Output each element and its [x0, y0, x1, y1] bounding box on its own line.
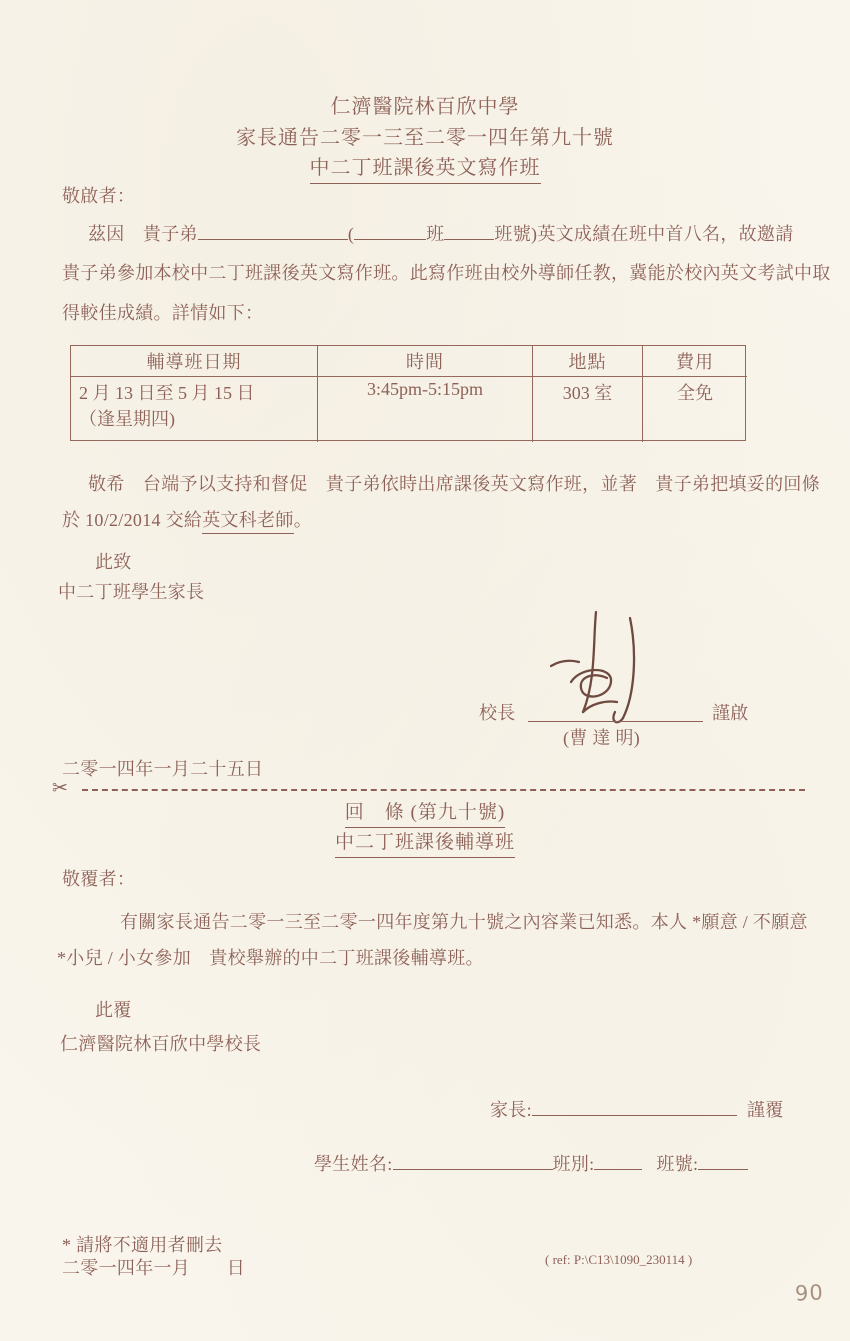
table-cell-venue: 303 室: [532, 377, 642, 442]
para1-seg4: 班號)英文成績在班中首八名，故邀請: [494, 224, 793, 244]
date-weekly: （逢星期四): [79, 405, 309, 431]
parent-signature-blank: [532, 1098, 737, 1116]
table-header-time: 時間: [317, 346, 532, 377]
parent-label: 家長:: [490, 1100, 532, 1120]
para2-line2-pre: 於 10/2/2014 交給: [62, 510, 202, 530]
reply-para-line2: *小兒 / 小女參加 貴校舉辦的中二丁班課後輔導班。: [57, 947, 484, 970]
para1-seg3: 班: [426, 224, 444, 244]
date-range: 2 月 13 日至 5 月 15 日: [79, 379, 309, 405]
para2-line1: 敬希 台端予以支持和督促 貴子弟依時出席課後英文寫作班，並著 貴子弟把填妥的回條: [88, 473, 820, 496]
reply-para-line1: 有關家長通告二零一三至二零一四年度第九十號之內容業已知悉。本人 *願意 / 不願…: [120, 911, 808, 934]
para1-line1: 茲因 貴子弟(班班號)英文成績在班中首八名，故邀請: [88, 222, 794, 246]
reply-salutation: 敬覆者：: [62, 868, 135, 891]
footer-note: * 請將不適用者刪去: [62, 1234, 223, 1257]
table-cell-fee: 全免: [642, 377, 747, 442]
student-name-field-blank: [393, 1152, 553, 1170]
signature-line: [528, 703, 703, 722]
classno-field-blank: [698, 1152, 748, 1170]
classno-label: 班號:: [656, 1154, 698, 1174]
parent-closing: 謹覆: [747, 1100, 784, 1120]
reply-addressee: 仁濟醫院林百欣中學校長: [60, 1033, 261, 1056]
cizhi: 此致: [95, 551, 132, 574]
cut-dashed-line: [82, 789, 805, 791]
scissors-icon: ✂: [52, 777, 68, 799]
signature-closing: 謹啟: [712, 702, 749, 725]
class-blank: [354, 222, 426, 240]
notice-subject-text: 中二丁班課後英文寫作班: [310, 156, 541, 184]
scanned-notice-page: 仁濟醫院林百欣中學 家長通告二零一三至二零一四年第九十號 中二丁班課後英文寫作班…: [0, 0, 850, 1341]
footer-date-line: 二零一四年一月 日: [62, 1257, 245, 1280]
notice-subject: 中二丁班課後英文寫作班: [0, 156, 850, 184]
table-cell-date: 2 月 13 日至 5 月 15 日 （逢星期四): [71, 377, 317, 442]
english-teacher-underlined: 英文科老師: [202, 509, 294, 534]
reply-subtitle: 中二丁班課後輔導班: [0, 831, 850, 858]
handwritten-notice-number: 90: [794, 1280, 824, 1305]
student-info-row: 學生姓名:班別:班號:: [314, 1152, 748, 1176]
notice-number: 家長通告二零一三至二零一四年第九十號: [0, 126, 850, 151]
class-number-blank: [444, 222, 494, 240]
table-header-venue: 地點: [532, 346, 642, 377]
school-name: 仁濟醫院林百欣中學: [0, 95, 850, 120]
principal-name: (曹 達 明): [563, 727, 640, 750]
reply-subtitle-text: 中二丁班課後輔導班: [335, 831, 515, 858]
reply-title: 回 條 (第九十號): [0, 801, 850, 828]
notice-addressee: 中二丁班學生家長: [58, 581, 204, 604]
principal-label: 校長: [479, 702, 516, 725]
salutation: 敬啟者：: [62, 185, 135, 208]
para2-line2-post: 。: [294, 510, 312, 530]
para2-line2: 於 10/2/2014 交給英文科老師。: [62, 509, 312, 534]
reply-title-text: 回 條 (第九十號): [345, 801, 505, 828]
parent-signature-row: 家長:謹覆: [490, 1098, 784, 1122]
para1-line3: 得較佳成績。詳情如下：: [62, 302, 263, 325]
class-label: 班別:: [553, 1154, 595, 1174]
table-header-fee: 費用: [642, 346, 747, 377]
student-name-label: 學生姓名:: [314, 1154, 393, 1174]
class-field-blank: [594, 1152, 642, 1170]
class-details-table: 輔導班日期 時間 地點 費用 2 月 13 日至 5 月 15 日 （逢星期四)…: [70, 345, 746, 441]
cifu: 此覆: [95, 999, 132, 1022]
notice-date: 二零一四年一月二十五日: [62, 758, 263, 781]
para1-seg1: 茲因 貴子弟: [88, 224, 198, 244]
para1-line2: 貴子弟參加本校中二丁班課後英文寫作班。此寫作班由校外導師任教，冀能於校內英文考試…: [62, 262, 831, 285]
footer-ref: ( ref: P:\C13\1090_230114 ): [545, 1252, 692, 1268]
table-header-date: 輔導班日期: [71, 346, 317, 377]
student-name-blank: [198, 222, 348, 240]
table-cell-time: 3:45pm-5:15pm: [317, 377, 532, 442]
